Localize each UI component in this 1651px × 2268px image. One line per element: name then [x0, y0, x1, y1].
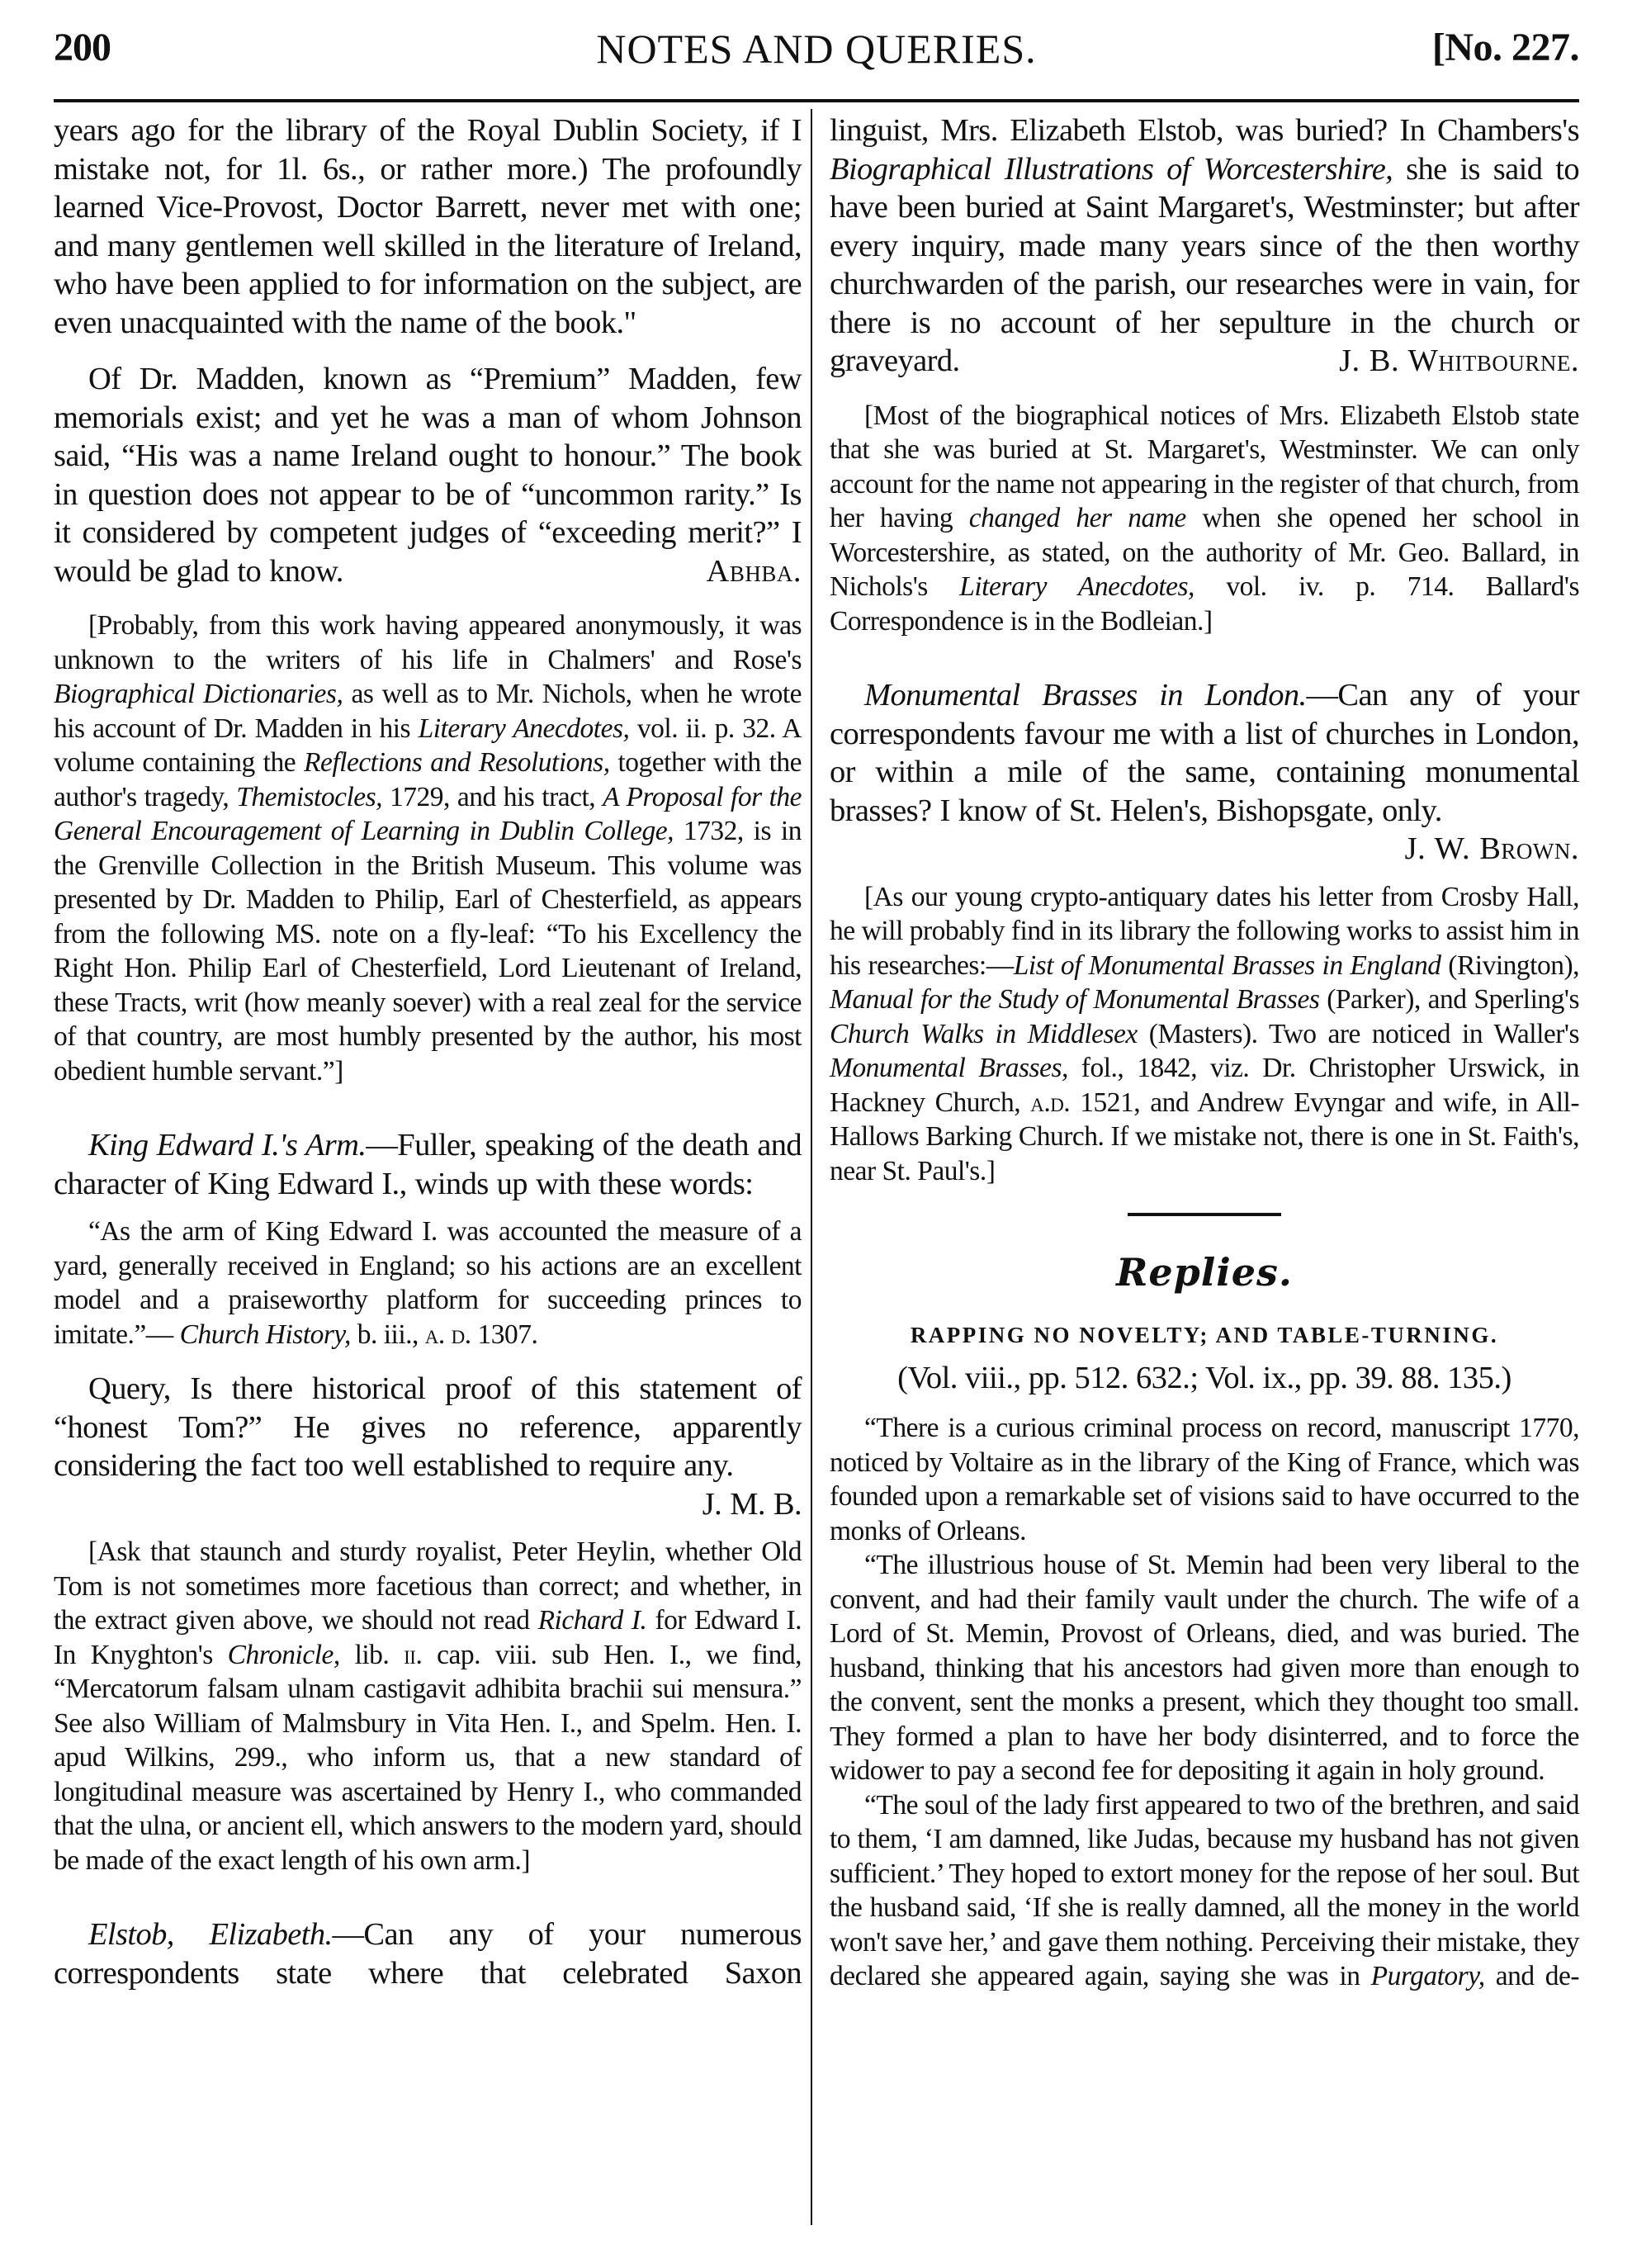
reply-paragraph-3: “The soul of the lady first appeared to … [830, 1788, 1579, 1994]
title-church-walks: Church Walks in Middlesex [830, 1019, 1138, 1049]
madden-query: Of Dr. Madden, known as “Premium” Madden… [54, 360, 802, 590]
title-church-history: Church History, [180, 1319, 351, 1350]
page-header: 200 NOTES AND QUERIES. [No. 227. [54, 18, 1579, 84]
madden-editorial-note: [Probably, from this work having appeare… [54, 608, 802, 1088]
king-edward-editorial-note: [Ask that staunch and sturdy royalist, P… [54, 1535, 802, 1877]
brasses-editorial-note: [As our young crypto-antiquary dates his… [830, 880, 1579, 1189]
article-reference: (Vol. viii., pp. 512. 632.; Vol. ix., pp… [830, 1357, 1579, 1399]
reply-paragraph-2: “The illustrious house of St. Memin had … [830, 1548, 1579, 1788]
honest-tom-query: Query, Is there historical proof of this… [54, 1370, 802, 1523]
title-chronicle: Chronicle, [228, 1640, 340, 1670]
title-wallers-brasses: Monumental Brasses, [830, 1053, 1068, 1083]
fuller-quotation: “As the arm of King Edward I. was accoun… [54, 1214, 802, 1352]
title-manual-brasses: Manual for the Study of Monumental Brass… [830, 984, 1319, 1015]
title-literary-anecdotes: Literary Anecdotes, [419, 713, 630, 744]
query-title-brasses: Monumental Brasses in London. [864, 678, 1307, 713]
title-biographical-illustrations: Biographical Illustrations of Worcesters… [830, 152, 1393, 187]
king-edward-query: King Edward I.'s Arm.—Fuller, speaking o… [54, 1126, 802, 1203]
title-reflections: Reflections and Resolutions, [304, 747, 610, 778]
query-title-king-edward: King Edward I.'s Arm. [88, 1128, 366, 1162]
madden-quote-continuation: years ago for the library of the Royal D… [54, 111, 802, 342]
phrase-changed-her-name: changed her name [969, 503, 1186, 533]
title-themistocles: Themistocles, [236, 782, 382, 812]
journal-title: NOTES AND QUERIES. [54, 25, 1579, 73]
column-divider [811, 109, 812, 2225]
title-biographical-dictionaries: Biographical Dictionaries, [54, 679, 343, 709]
article-title: RAPPING NO NOVELTY; AND TABLE-TURNING. [830, 1319, 1579, 1352]
word-purgatory: Purgatory, [1371, 1961, 1485, 1991]
elstob-query-continuation: linguist, Mrs. Elizabeth Elstob, was bur… [830, 111, 1579, 381]
signature-jmb: J. M. B. [668, 1485, 802, 1524]
section-separator-rule [1128, 1213, 1281, 1216]
elstob-query-start: Elstob, Elizabeth.—Can any of your numer… [54, 1915, 802, 1992]
title-richard-i: Richard I. [538, 1605, 647, 1636]
header-rule [54, 99, 1579, 102]
query-title-elstob: Elstob, Elizabeth. [88, 1917, 333, 1952]
elstob-editorial-note: [Most of the biographical notices of Mrs… [830, 399, 1579, 639]
left-column: years ago for the library of the Royal D… [54, 111, 802, 1992]
signature-abhba: Abhba. [672, 552, 802, 591]
signature-whitbourne: J. B. Whitbourne. [1339, 342, 1579, 381]
title-literary-anecdotes-2: Literary Anecdotes, [959, 571, 1194, 602]
right-column: linguist, Mrs. Elizabeth Elstob, was bur… [830, 111, 1579, 1994]
brasses-query: Monumental Brasses in London.—Can any of… [830, 676, 1579, 869]
reply-paragraph-1: “There is a curious criminal process on … [830, 1411, 1579, 1548]
section-heading-replies: Replies. [830, 1249, 1579, 1295]
issue-number: [No. 227. [1432, 25, 1579, 70]
title-list-of-brasses: List of Monumental Brasses in England [1014, 950, 1441, 981]
signature-brown: J. W. Brown. [1370, 830, 1579, 869]
